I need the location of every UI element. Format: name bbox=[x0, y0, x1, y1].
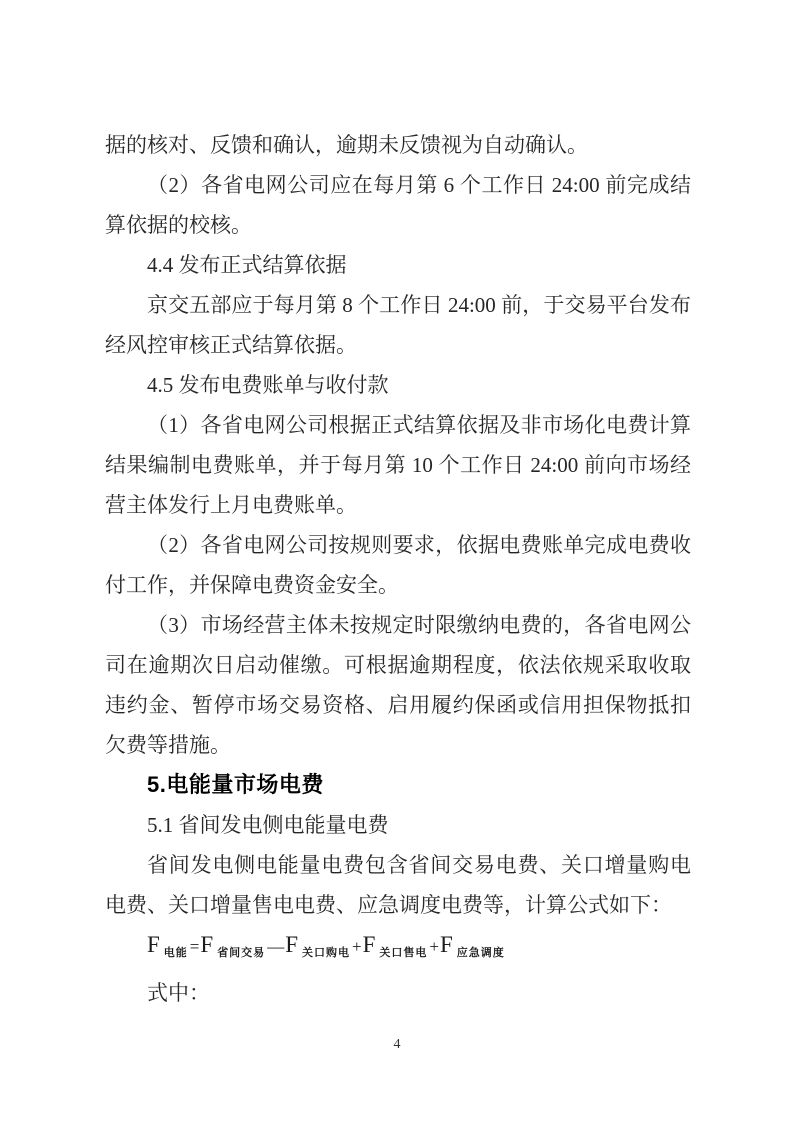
document-body: 据的核对、反馈和确认，逾期未反馈视为自动确认。（2）各省电网公司应在每月第 6 … bbox=[105, 125, 691, 1013]
formula-operator: + bbox=[429, 937, 439, 956]
paragraph: （2）各省电网公司按规则要求，依据电费账单完成电费收付工作，并保障电费资金安全。 bbox=[105, 525, 691, 605]
chapter-heading: 5.电能量市场电费 bbox=[105, 765, 691, 805]
section-heading: 4.4 发布正式结算依据 bbox=[105, 245, 691, 285]
section-heading: 5.1 省间发电侧电能量电费 bbox=[105, 805, 691, 845]
formula-operator: + bbox=[352, 937, 362, 956]
paragraph: 省间发电侧电能量电费包含省间交易电费、关口增量购电电费、关口增量售电电费、应急调… bbox=[105, 845, 691, 925]
formula-line: F电能=F省间交易—F关口购电+F关口售电+F应急调度 bbox=[105, 925, 691, 973]
formula-subscript: 电能 bbox=[164, 947, 188, 959]
paragraph: 据的核对、反馈和确认，逾期未反馈视为自动确认。 bbox=[105, 125, 691, 165]
paragraph: （1）各省电网公司根据正式结算依据及非市场化电费计算结果编制电费账单，并于每月第… bbox=[105, 405, 691, 525]
section-heading: 4.5 发布电费账单与收付款 bbox=[105, 365, 691, 405]
paragraph: （2）各省电网公司应在每月第 6 个工作日 24:00 前完成结算依据的校核。 bbox=[105, 165, 691, 245]
formula-subscript: 关口购电 bbox=[302, 947, 350, 959]
paragraph: 京交五部应于每月第 8 个工作日 24:00 前，于交易平台发布经风控审核正式结… bbox=[105, 285, 691, 365]
formula-subscript: 应急调度 bbox=[457, 947, 505, 959]
formula-operator: = bbox=[190, 937, 200, 956]
formula-variable: F bbox=[285, 932, 298, 957]
formula-variable: F bbox=[147, 932, 160, 957]
paragraph: 式中： bbox=[105, 973, 691, 1013]
document-page: 据的核对、反馈和确认，逾期未反馈视为自动确认。（2）各省电网公司应在每月第 6 … bbox=[0, 0, 794, 1123]
formula-variable: F bbox=[200, 932, 213, 957]
formula-variable: F bbox=[363, 932, 376, 957]
page-number: 4 bbox=[0, 1036, 794, 1054]
formula-subscript: 省间交易 bbox=[217, 947, 265, 959]
formula-subscript: 关口售电 bbox=[379, 947, 427, 959]
formula-operator: — bbox=[267, 937, 284, 956]
paragraph: （3）市场经营主体未按规定时限缴纳电费的，各省电网公司在逾期次日启动催缴。可根据… bbox=[105, 605, 691, 765]
formula-variable: F bbox=[440, 932, 453, 957]
